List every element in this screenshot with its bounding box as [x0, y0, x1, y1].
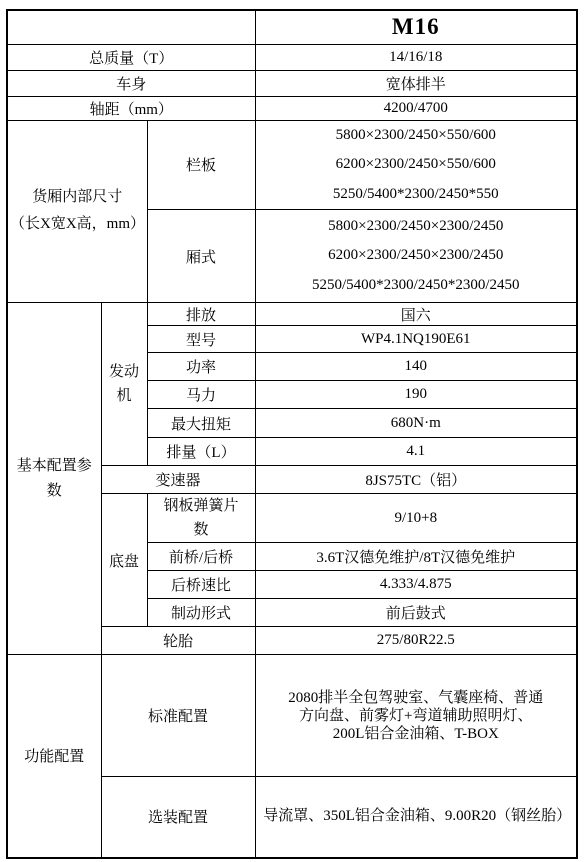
axles-label: 前桥/后桥 [147, 543, 255, 571]
fence-label: 栏板 [147, 120, 255, 210]
table-row-cargo-fence: 货厢内部尺寸 （长X宽X高，mm） 栏板 5800×2300/2450×550/… [7, 120, 577, 210]
fence-values-list: 5800×2300/2450×550/600 6200×2300/2450×55… [258, 121, 575, 210]
axle-ratio-value: 4.333/4.875 [255, 571, 577, 599]
table-row-total-mass: 总质量（T） 14/16/18 [7, 44, 577, 70]
brake-type-label: 制动形式 [147, 599, 255, 627]
standard-config-label: 标准配置 [101, 655, 255, 777]
engine-model-label: 型号 [147, 326, 255, 353]
power-label: 功率 [147, 353, 255, 381]
box-values-list: 5800×2300/2450×2300/2450 6200×2300/2450×… [258, 212, 575, 301]
box-value-3: 5250/5400*2300/2450*2300/2450 [258, 271, 575, 301]
basic-section-label: 基本配置参数 [7, 303, 101, 655]
engine-model-value: WP4.1NQ190E61 [255, 326, 577, 353]
standard-config-value: 2080排半全包驾驶室、气囊座椅、普通方向盘、前雾灯+弯道辅助照明灯、200L铝… [255, 655, 577, 777]
table-row-model: M16 [7, 10, 577, 44]
fence-value-2: 6200×2300/2450×550/600 [258, 150, 575, 180]
emission-value: 国六 [255, 303, 577, 326]
horsepower-value: 190 [255, 381, 577, 409]
standard-config-value-text: 2080排半全包驾驶室、气囊座椅、普通方向盘、前雾灯+弯道辅助照明灯、200L铝… [283, 689, 548, 743]
displacement-value: 4.1 [255, 438, 577, 466]
torque-value: 680N·m [255, 409, 577, 438]
horsepower-label: 马力 [147, 381, 255, 409]
box-label: 厢式 [147, 210, 255, 303]
cargo-size-label: 货厢内部尺寸 （长X宽X高，mm） [7, 120, 147, 303]
engine-group-label: 发动机 [101, 303, 147, 466]
tires-value: 275/80R22.5 [255, 627, 577, 655]
total-mass-value: 14/16/18 [255, 44, 577, 70]
leaf-spring-value: 9/10+8 [255, 494, 577, 543]
brake-type-value: 前后鼓式 [255, 599, 577, 627]
box-value-2: 6200×2300/2450×2300/2450 [258, 241, 575, 271]
gearbox-value: 8JS75TC（铝） [255, 466, 577, 494]
box-values: 5800×2300/2450×2300/2450 6200×2300/2450×… [255, 210, 577, 303]
wheelbase-value: 4200/4700 [255, 96, 577, 120]
cargo-size-label-line1: 货厢内部尺寸 [10, 184, 145, 211]
emission-label: 排放 [147, 303, 255, 326]
cargo-size-label-line2: （长X宽X高，mm） [10, 211, 145, 238]
body-label: 车身 [7, 70, 255, 96]
fence-value-3: 5250/5400*2300/2450*550 [258, 180, 575, 210]
wheelbase-label: 轴距（mm） [7, 96, 255, 120]
engine-group-label-text: 发动机 [107, 360, 141, 408]
table-row-standard-config: 功能配置 标准配置 2080排半全包驾驶室、气囊座椅、普通方向盘、前雾灯+弯道辅… [7, 655, 577, 777]
leaf-spring-label: 钢板弹簧片数 [147, 494, 255, 543]
table-row-wheelbase: 轴距（mm） 4200/4700 [7, 96, 577, 120]
gearbox-label: 变速器 [101, 466, 255, 494]
axles-value: 3.6T汉德免维护/8T汉德免维护 [255, 543, 577, 571]
fence-value-1: 5800×2300/2450×550/600 [258, 121, 575, 151]
chassis-group-label: 底盘 [101, 494, 147, 627]
table-row-body: 车身 宽体排半 [7, 70, 577, 96]
box-value-1: 5800×2300/2450×2300/2450 [258, 212, 575, 242]
optional-config-value-text: 导流罩、350L铝合金油箱、9.00R20（钢丝胎） [263, 805, 568, 828]
displacement-label: 排量（L） [147, 438, 255, 466]
power-value: 140 [255, 353, 577, 381]
fence-values: 5800×2300/2450×550/600 6200×2300/2450×55… [255, 120, 577, 210]
basic-section-label-text: 基本配置参数 [13, 454, 95, 504]
axle-ratio-label: 后桥速比 [147, 571, 255, 599]
features-section-label: 功能配置 [7, 655, 101, 858]
total-mass-label: 总质量（T） [7, 44, 255, 70]
spec-table: M16 总质量（T） 14/16/18 车身 宽体排半 轴距（mm） 4200/… [6, 9, 578, 859]
leaf-spring-label-text: 钢板弹簧片数 [159, 494, 243, 542]
tires-label: 轮胎 [101, 627, 255, 655]
optional-config-value: 导流罩、350L铝合金油箱、9.00R20（钢丝胎） [255, 777, 577, 858]
table-row-emission: 基本配置参数 发动机 排放 国六 [7, 303, 577, 326]
torque-label: 最大扭矩 [147, 409, 255, 438]
cargo-size-label-text: 货厢内部尺寸 （长X宽X高，mm） [10, 184, 145, 238]
body-value: 宽体排半 [255, 70, 577, 96]
model-header-empty-cell [7, 10, 255, 44]
model-name: M16 [255, 10, 577, 44]
optional-config-label: 选装配置 [101, 777, 255, 858]
